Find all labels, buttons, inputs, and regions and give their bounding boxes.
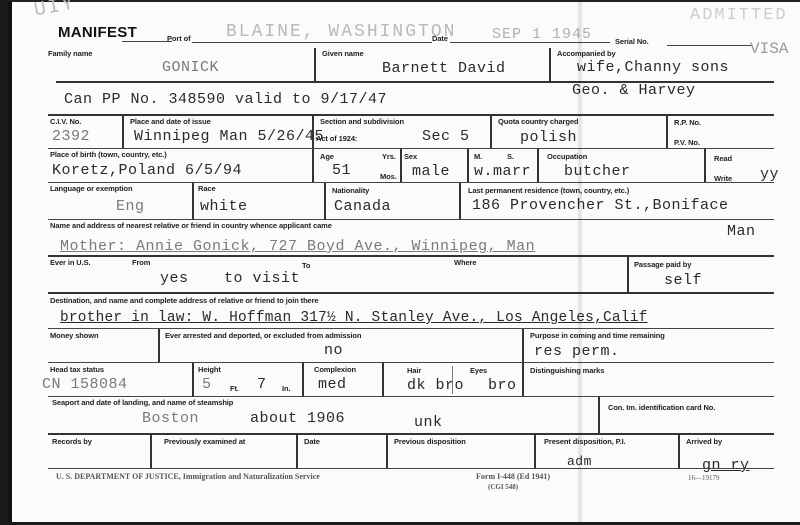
con-im-card-label: Con. Im. identification card No. (608, 403, 715, 412)
port-stamp: BLAINE, WASHINGTON (226, 22, 456, 42)
divider (666, 115, 668, 148)
records-by-label: Records by (52, 437, 92, 446)
destination-value: brother in law: W. Hoffman 317½ N. Stanl… (60, 310, 648, 326)
footer-code: 16—19179 (688, 474, 720, 482)
marital-value: w.marr (474, 163, 531, 180)
hair-label: Hair (407, 366, 421, 375)
race-label: Race (198, 184, 216, 193)
divider (382, 363, 384, 396)
divider (522, 363, 524, 396)
place-date-issue-value: Winnipeg Man 5/26/45 (134, 128, 324, 145)
marital-s-label: S. (507, 152, 514, 161)
serial-line (667, 45, 752, 46)
complexion-label: Complexion (314, 365, 356, 374)
admitted-stamp: ADMITTED (690, 6, 788, 25)
divider (158, 329, 160, 362)
corner-stamp: UIY (32, 0, 77, 22)
row-line (48, 433, 774, 435)
divider (537, 149, 539, 182)
ever-in-us-purpose: to visit (224, 270, 300, 287)
last-residence-value: 186 Provencher St.,Boniface (472, 197, 729, 214)
divider (302, 363, 304, 396)
marital-m-label: M. (474, 152, 482, 161)
divider (312, 149, 314, 182)
language-label: Language or exemption (50, 184, 133, 193)
age-yrs-label: Yrs. (382, 152, 396, 161)
height-in-value: 7 (257, 376, 267, 393)
divider (704, 149, 706, 182)
divider (192, 183, 194, 219)
row-line (48, 148, 774, 149)
ever-arrested-label: Ever arrested and deported, or excluded … (165, 331, 361, 340)
height-ft-label: Ft. (230, 384, 239, 393)
accompanied-by-value-2: Geo. & Harvey (572, 82, 696, 99)
footer-form: Form I-448 (Ed 1941) (476, 472, 550, 481)
date-label: Date (432, 34, 448, 43)
divider (296, 434, 298, 468)
eyes-label: Eyes (470, 366, 487, 375)
row-line (48, 328, 774, 329)
sex-value: male (412, 163, 450, 180)
port-label: Port of (167, 34, 190, 43)
divider (312, 115, 314, 148)
race-value: white (200, 198, 248, 215)
given-name-label: Given name (322, 49, 364, 58)
present-disposition-label: Present disposition, P.I. (544, 437, 626, 446)
age-value: 51 (332, 162, 351, 179)
hair-value: dk bro (407, 377, 464, 394)
quota-country-value: polish (520, 129, 577, 146)
from-label: From (132, 258, 150, 267)
divider (522, 329, 524, 362)
sex-label: Sex (404, 152, 417, 161)
divider (678, 434, 680, 468)
last-residence-label: Last permanent residence (town, country,… (468, 186, 629, 195)
head-tax-label: Head tax status (50, 365, 104, 374)
nationality-label: Nationality (332, 186, 369, 195)
quota-country-label: Quota country charged (498, 117, 578, 126)
money-shown-label: Money shown (50, 331, 99, 340)
given-name-value: Barnett David (382, 60, 506, 77)
seaport-date-value: about 1906 (250, 410, 345, 427)
divider (314, 48, 316, 82)
eyes-value: bro (488, 377, 517, 394)
pv-no-label: P.V. No. (674, 138, 700, 147)
to-label: To (302, 261, 310, 270)
family-name-label: Family name (48, 49, 92, 58)
accompanied-by-value: wife,Channy sons (577, 59, 729, 76)
row-line (48, 396, 774, 397)
age-mos-label: Mos. (380, 172, 397, 181)
passport-line: Can PP No. 348590 valid to 9/17/47 (64, 91, 387, 108)
passage-paid-value: self (664, 272, 702, 289)
height-in-label: In. (282, 384, 290, 393)
arrived-by-value: gn ry (702, 457, 750, 474)
divider (400, 149, 402, 182)
row-line (48, 255, 774, 257)
section-act-prefix: Act of 1924: (316, 134, 357, 143)
divider (452, 366, 453, 394)
previous-disposition-label: Previous disposition (394, 437, 466, 446)
civ-no-value: 2392 (52, 128, 90, 145)
port-line (192, 42, 432, 43)
where-label: Where (454, 258, 476, 267)
divider (467, 149, 469, 182)
manifest-title: MANIFEST (58, 24, 137, 41)
serial-label: Serial No. (615, 37, 649, 46)
row-line (48, 219, 774, 220)
civ-no-label: C.I.V. No. (50, 117, 81, 126)
passage-paid-label: Passage paid by (634, 260, 691, 269)
footer-agency: U. S. DEPARTMENT OF JUSTICE, Immigration… (56, 472, 320, 481)
title-underline (122, 41, 172, 42)
rp-no-label: R.P. No. (674, 118, 701, 127)
divider (534, 434, 536, 468)
accompanied-by-label: Accompanied by (557, 49, 616, 58)
section-subdivision-value: Sec 5 (422, 128, 470, 145)
last-residence-value-2: Man (727, 223, 756, 240)
occupation-value: butcher (564, 163, 631, 180)
section-subdivision-label: Section and subdivision (320, 117, 404, 126)
previously-examined-label: Previously examined at (164, 437, 245, 446)
footer-form-sub: (CGI 548) (488, 483, 518, 491)
head-tax-value: CN 158084 (42, 376, 128, 393)
divider (150, 434, 152, 468)
arrived-by-label: Arrived by (686, 437, 722, 446)
row-line (48, 292, 774, 294)
divider (549, 48, 551, 82)
exam-date-label: Date (304, 437, 320, 446)
visa-stamp: VISA (750, 40, 788, 58)
height-ft-value: 5 (202, 376, 212, 393)
ever-in-us-value: yes (160, 270, 189, 287)
ever-in-us-label: Ever in U.S. (50, 258, 90, 267)
complexion-value: med (318, 376, 347, 393)
age-label: Age (320, 152, 334, 161)
divider (627, 256, 629, 292)
row-line (48, 468, 774, 469)
nearest-relative-label: Name and address of nearest relative or … (50, 221, 332, 230)
distinguishing-marks-label: Distinguishing marks (530, 366, 604, 375)
purpose-label: Purpose in coming and time remaining (530, 331, 665, 340)
divider (324, 183, 326, 219)
seaport-ship-value: unk (414, 414, 443, 431)
place-date-issue-label: Place and date of issue (130, 117, 211, 126)
read-write-value: yy (760, 166, 779, 183)
language-value: Eng (116, 198, 145, 215)
nationality-value: Canada (334, 198, 391, 215)
family-name-value: GONICK (162, 59, 219, 76)
seaport-port-value: Boston (142, 410, 199, 427)
divider (192, 363, 194, 396)
nearest-relative-value: Mother: Annie Gonick, 727 Boyd Ave., Win… (60, 238, 535, 255)
divider (122, 115, 124, 148)
ever-arrested-value: no (324, 342, 343, 359)
height-label: Height (198, 365, 221, 374)
divider (598, 397, 600, 433)
seaport-label: Seaport and date of landing, and name of… (52, 398, 233, 407)
destination-label: Destination, and name and complete addre… (50, 296, 319, 305)
place-of-birth-value: Koretz,Poland 6/5/94 (52, 162, 242, 179)
divider (459, 183, 461, 219)
read-label: Read (714, 154, 732, 163)
divider (490, 115, 492, 148)
place-of-birth-label: Place of birth (town, country, etc.) (50, 150, 167, 159)
manifest-card: UIY MANIFEST Port of BLAINE, WASHINGTON … (8, 0, 800, 522)
fold-crease (577, 2, 583, 522)
divider (386, 434, 388, 468)
row-line (48, 182, 774, 183)
row-line (48, 362, 774, 363)
